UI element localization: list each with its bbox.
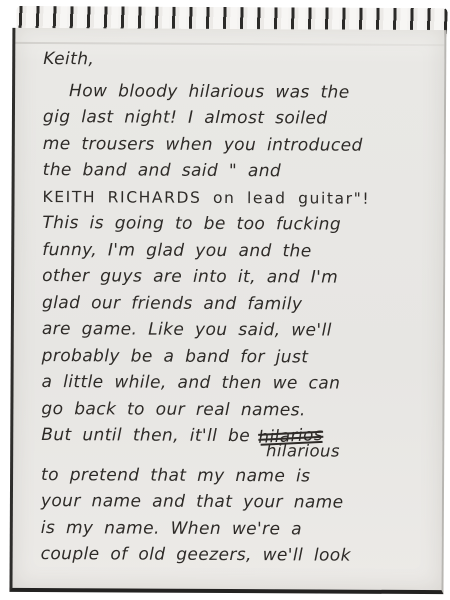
letter-line: How bloody hilarious was the — [43, 78, 430, 107]
letter-line: your name and that your name — [41, 488, 428, 517]
letter-photo: Keith, How bloody hilarious was the gig … — [0, 0, 450, 600]
letter-line: other guys are into it, and I'm — [42, 263, 429, 292]
letter-line: gig last night! I almost soiled — [43, 104, 430, 133]
letter-line: are game. Like you said, we'll — [42, 316, 429, 345]
letter-line: me trousers when you introduced — [43, 131, 430, 160]
letter-line: probably be a band for just — [42, 343, 429, 372]
letter-line: funny, I'm glad you and the — [42, 237, 429, 266]
letter-line: to pretend that my name is — [41, 462, 428, 491]
correction-word: hilarious — [266, 438, 340, 465]
letter-line: This is going to be too fucking — [42, 210, 429, 239]
salutation: Keith, — [43, 46, 430, 75]
notepad-page: Keith, How bloody hilarious was the gig … — [5, 4, 449, 594]
letter-line: is my name. When we're a — [41, 515, 428, 544]
letter-line: a little while, and then we can — [41, 369, 428, 398]
letter-line-with-correction: But until then, it'll behilarioshilariou… — [41, 422, 428, 451]
letter-line: the band and said " and — [43, 157, 430, 186]
correction-wrap: hilarioshilarious — [250, 423, 323, 450]
letter-line: go back to our real names. — [41, 396, 428, 425]
correction-line-text: But until then, it'll be — [41, 425, 250, 446]
letter-line-keith-richards: KEITH RICHARDS on lead guitar"! — [42, 184, 429, 213]
handwritten-letter: Keith, How bloody hilarious was the gig … — [41, 46, 431, 570]
letter-line: couple of old geezers, we'll look — [41, 541, 428, 570]
letter-line: glad our friends and family — [42, 290, 429, 319]
notepad-paper: Keith, How bloody hilarious was the gig … — [9, 28, 446, 594]
